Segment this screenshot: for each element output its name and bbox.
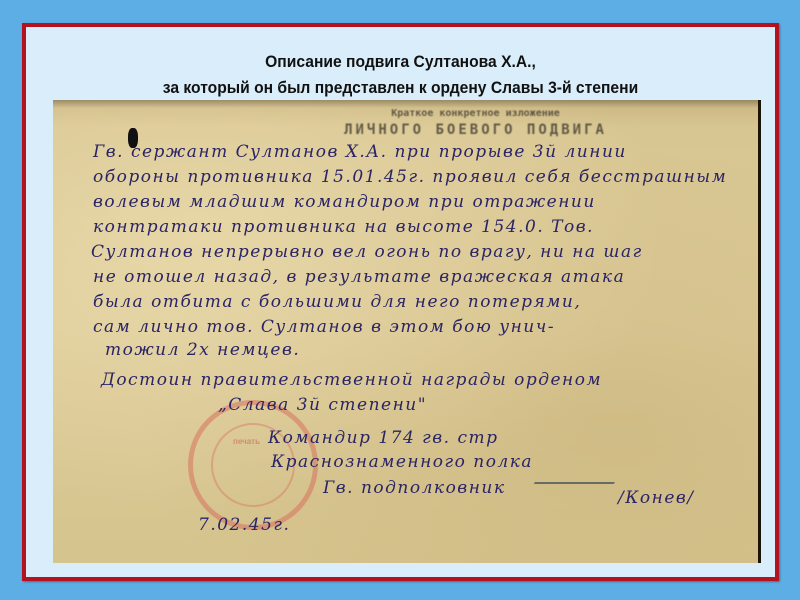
handwritten-line: Достоин правительственной награды ордено… [101,370,602,390]
handwritten-line: контратаки противника на высоте 154.0. Т… [93,217,594,237]
handwritten-signature-name: /Конев/ [618,488,695,508]
handwritten-line: обороны противника 15.01.45г. проявил се… [93,167,727,187]
handwritten-line: не отошел назад, в результате вражеская … [93,267,625,287]
printed-header-title: ЛИЧНОГО БОЕВОГО ПОДВИГА [53,122,758,138]
signature [534,452,632,484]
slide-frame: Описание подвига Султанова Х.А., за кото… [22,23,779,581]
handwritten-line: сам лично тов. Султанов в этом бою унич- [93,317,555,337]
handwritten-line: Султанов непрерывно вел огонь по врагу, … [91,242,643,262]
handwritten-line: „Слава 3й степени" [218,395,427,415]
handwritten-line: Краснознаменного полка [271,452,533,472]
handwritten-date: 7.02.45г. [198,515,290,535]
handwritten-line: была отбита с большими для него потерями… [93,292,581,312]
handwritten-line: Командир 174 гв. стр [268,428,499,448]
archival-document-image: Краткое конкретное изложение ЛИЧНОГО БОЕ… [53,100,761,563]
title-line-2: за который он был представлен к ордену С… [56,75,745,101]
title-line-1: Описание подвига Султанова Х.А., [56,49,745,75]
slide-title: Описание подвига Султанова Х.А., за кото… [56,49,745,101]
handwritten-line: Гв. сержант Султанов Х.А. при прорыве 3й… [93,142,627,162]
stamp-text: печать [233,437,260,446]
handwritten-line: Гв. подполковник [323,478,506,498]
handwritten-line: волевым младшим командиром при отражении [93,192,596,212]
printed-header-subtitle: Краткое конкретное изложение [53,108,758,119]
handwritten-line: тожил 2х немцев. [105,340,300,360]
